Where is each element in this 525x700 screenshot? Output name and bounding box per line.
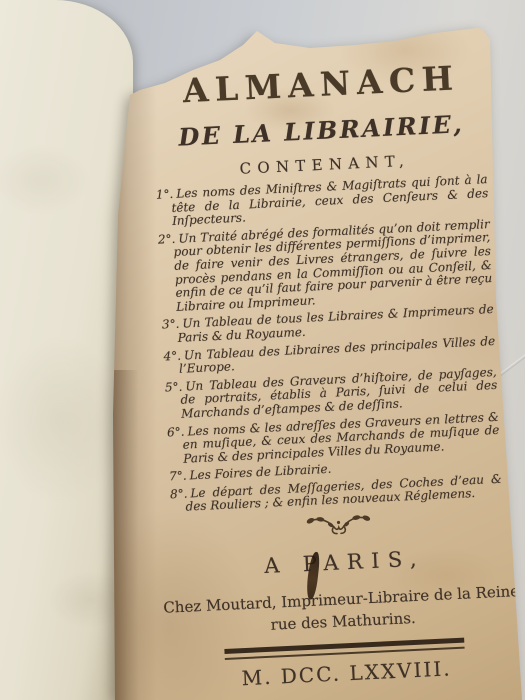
item-number: 7°. (169, 469, 187, 484)
imprint-city: A PARIS, (255, 547, 425, 579)
title-page: ALMANACH DE LA LIBRAIRIE, CONTENANT, 1°.… (105, 15, 525, 700)
contents-item: 2°.Un Traité abrégé des formalités qu’on… (158, 218, 493, 315)
book-title: ALMANACH (138, 57, 497, 113)
title-page-sheet: ALMANACH DE LA LIBRAIRIE, CONTENANT, 1°.… (105, 15, 525, 700)
item-number: 6°. (167, 424, 185, 439)
item-number: 1°. (156, 187, 174, 202)
printed-text-block: ALMANACH DE LA LIBRAIRIE, CONTENANT, 1°.… (137, 37, 525, 694)
item-number: 4°. (163, 348, 181, 363)
item-number: 3°. (162, 317, 180, 332)
item-text: Un Traité abrégé des formalités qu’on do… (173, 217, 492, 314)
imprint-city-row: A PARIS, (161, 542, 520, 583)
fleuron-ornament-icon (302, 511, 375, 538)
book-subtitle: DE LA LIBRAIRIE, (141, 107, 500, 153)
photo-scene: ALMANACH DE LA LIBRAIRIE, CONTENANT, 1°.… (0, 0, 525, 700)
contents-list: 1°.Les noms des Miniſtres & Magiſtrats q… (156, 173, 503, 515)
